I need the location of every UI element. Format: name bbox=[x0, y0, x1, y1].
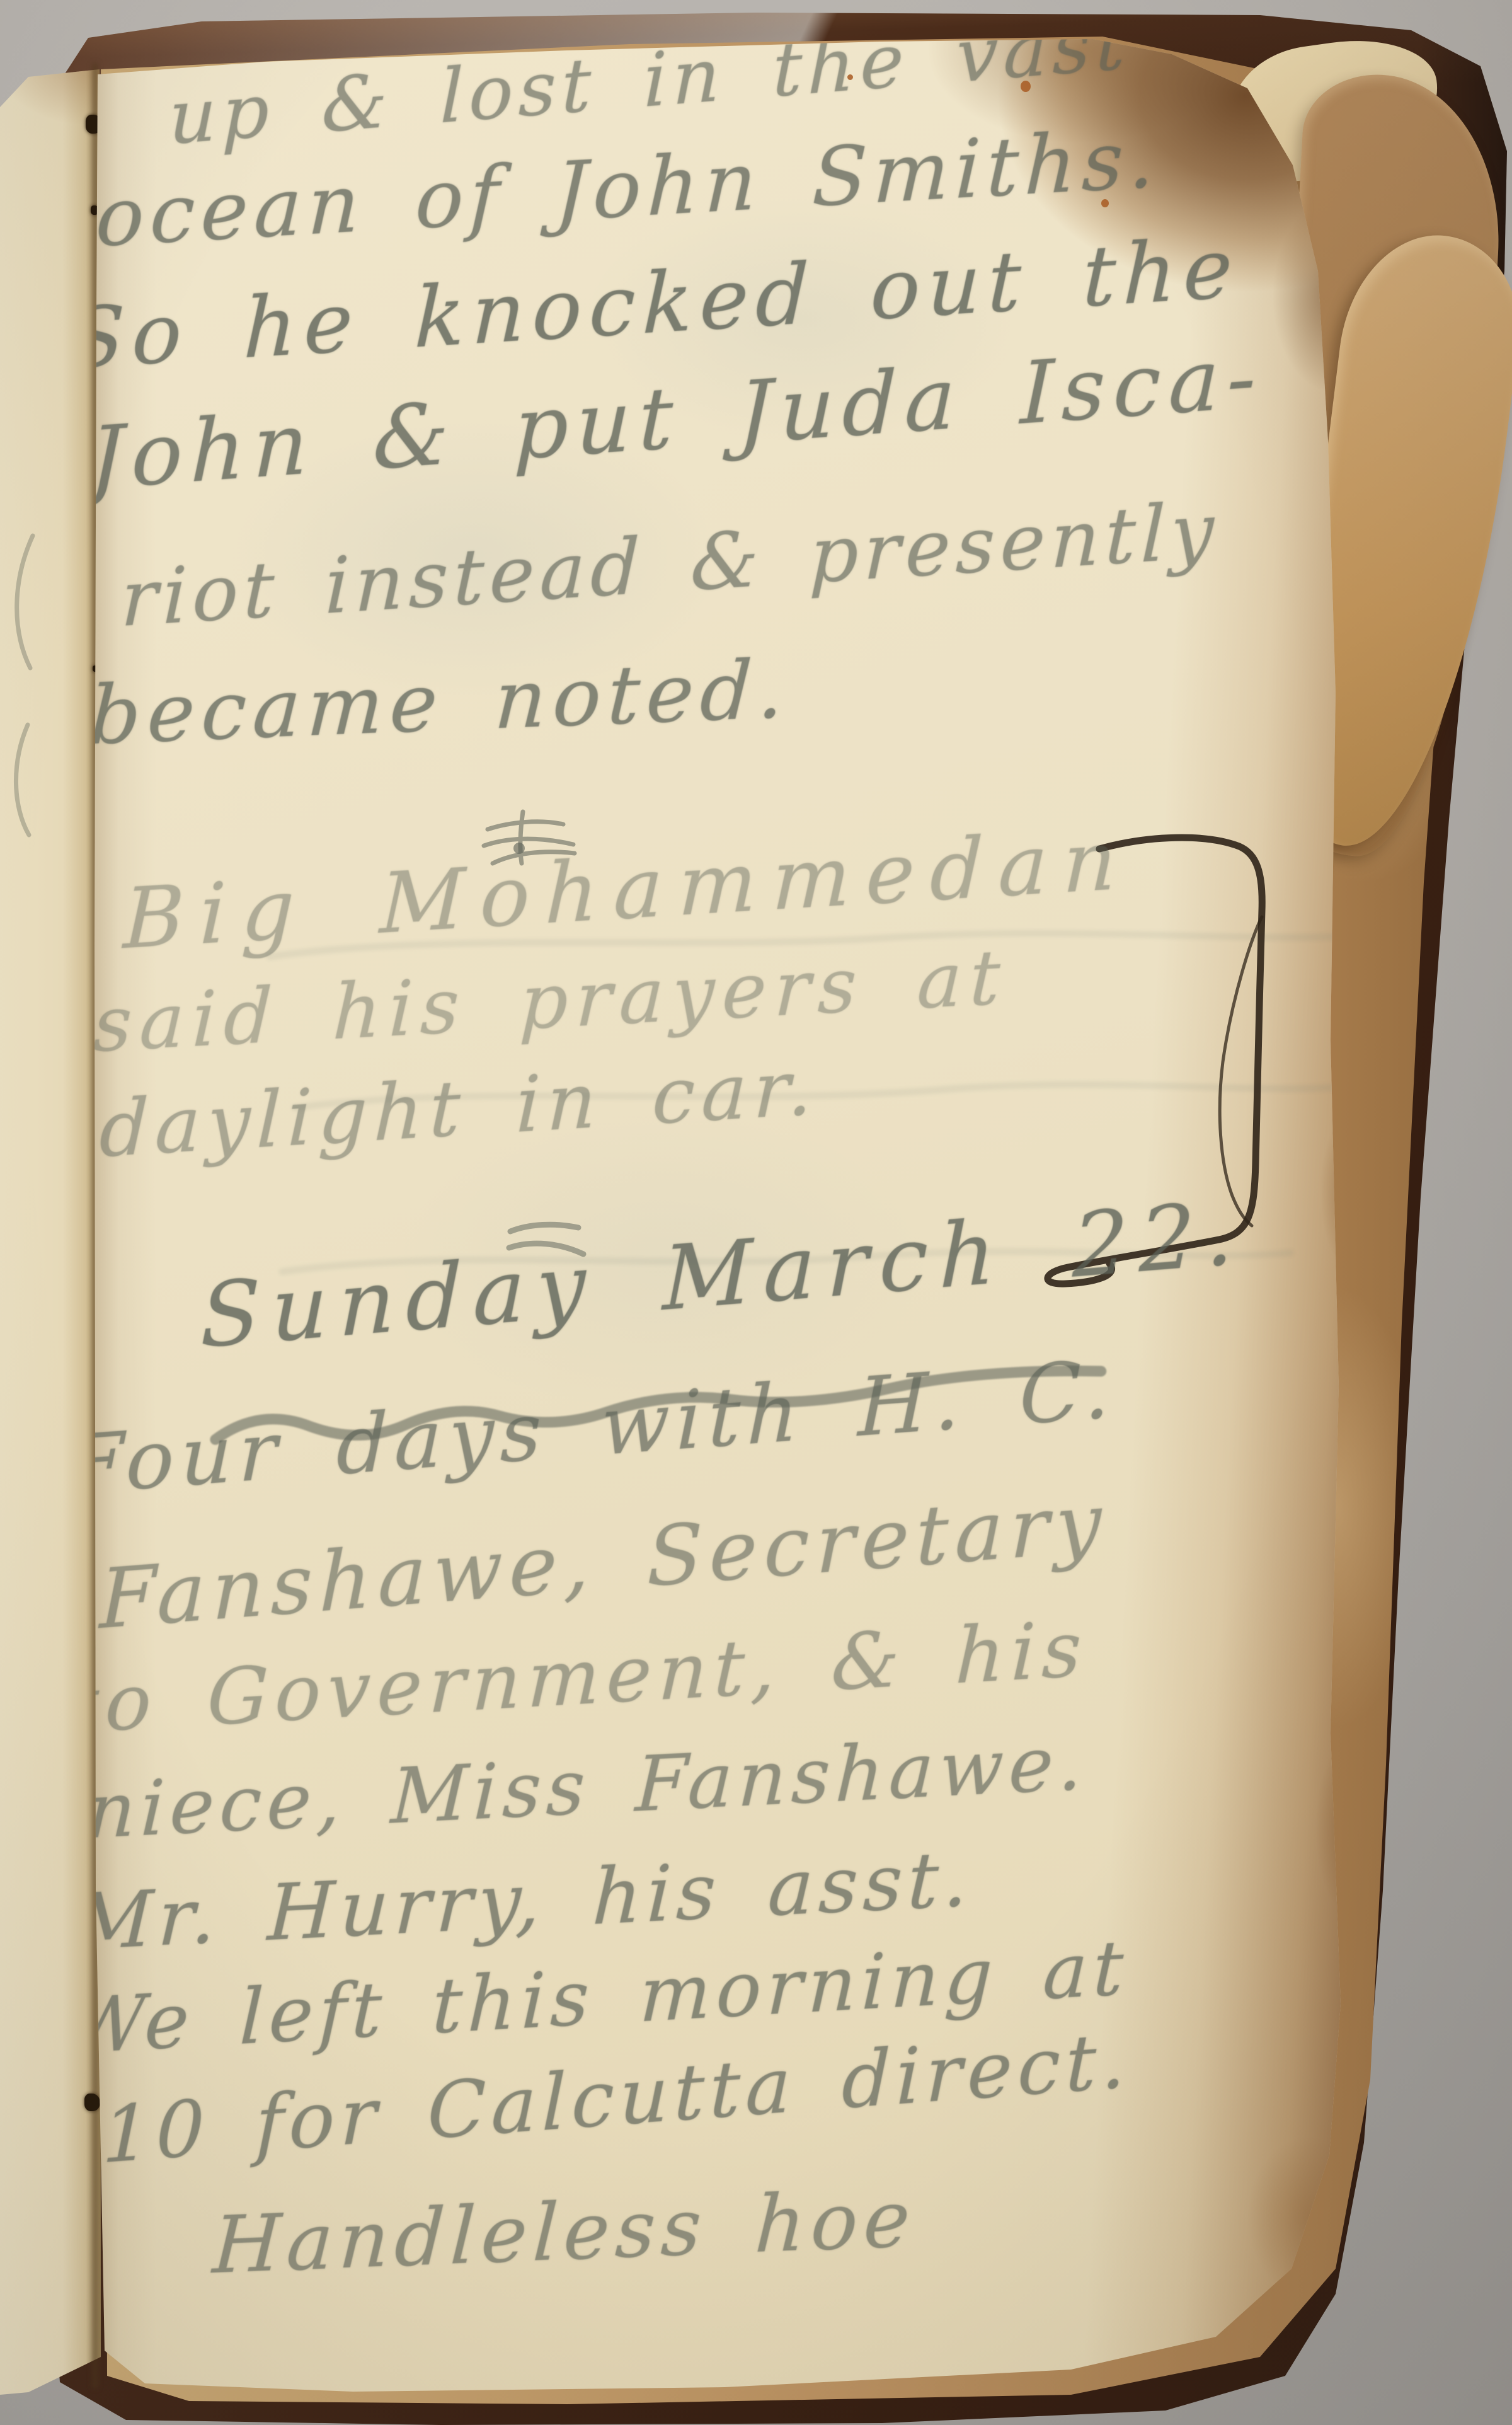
stitch-hole bbox=[84, 2094, 100, 2111]
manuscript-line-6: became noted. bbox=[87, 642, 792, 763]
facing-page-sliver bbox=[0, 63, 101, 2395]
notebook-photo: up & lost in the vastocean of John Smith… bbox=[0, 0, 1512, 2425]
manuscript-line-5: riot instead & presently bbox=[120, 485, 1220, 644]
notebook-page: up & lost in the vastocean of John Smith… bbox=[93, 37, 1360, 2393]
stray-pencil-marks bbox=[0, 529, 50, 844]
manuscript-line-18: Handleless hoe bbox=[210, 2174, 917, 2291]
